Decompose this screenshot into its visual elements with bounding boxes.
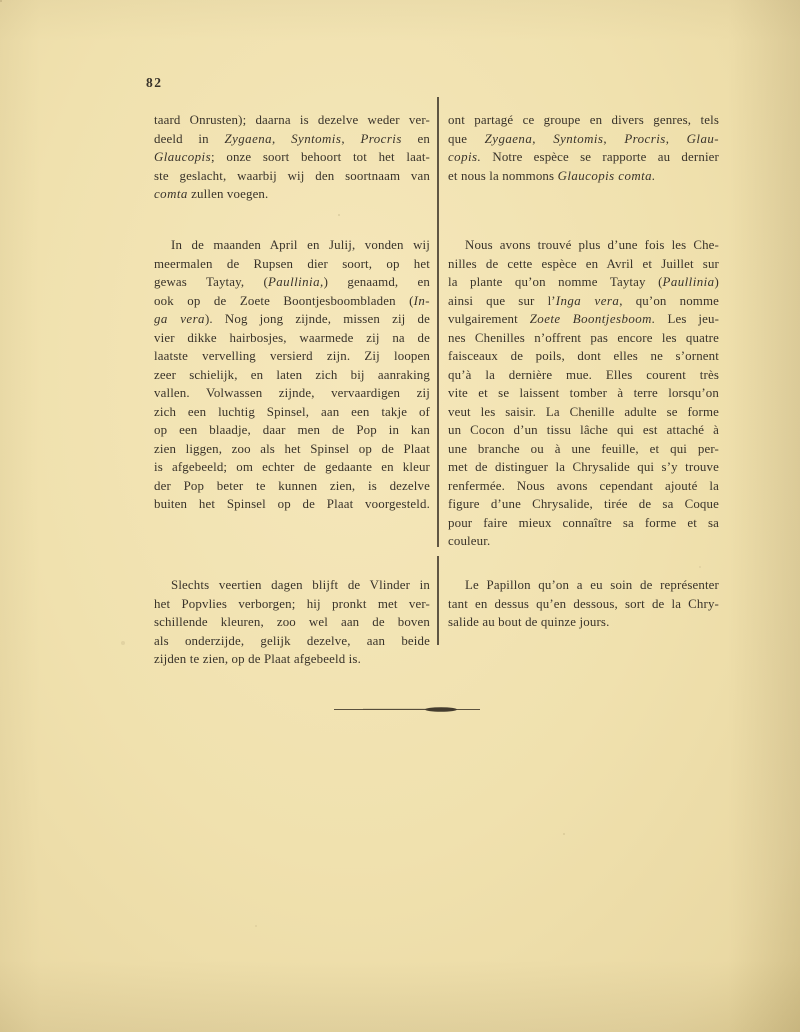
text-line: la plante qu’on nomme Taytay (Paullinia)	[448, 273, 719, 292]
text-line: zich een luchtig Spinsel, aan een takje …	[154, 403, 430, 422]
text-line: Nous avons trouvé plus d’une fois les Ch…	[448, 236, 719, 255]
right-column-french-text: ont partagé ce groupe en divers genres, …	[448, 111, 719, 632]
text-line: ste geslacht, waarbij wij den soortnaam …	[154, 167, 430, 186]
text-line: ga vera). Nog jong zijnde, missen zij de	[154, 310, 430, 329]
text-line: vite et se laissent tomber à terre lorsq…	[448, 384, 719, 403]
text-line: nes Chenilles n’offrent pas encore les q…	[448, 329, 719, 348]
column-divider-rule-bottom	[437, 556, 439, 645]
text-line: vulgairement Zoete Boontjesboom. Les jeu…	[448, 310, 719, 329]
paragraph: Slechts veertien dagen blijft de Vlinder…	[154, 576, 430, 669]
text-line: une branche ou à une feuille, et qui per…	[448, 440, 719, 459]
paragraph: In de maanden April en Julij, vonden wij…	[154, 236, 430, 514]
paper-specks	[0, 0, 2, 2]
text-line: zijden te zien, op de Plaat afgebeeld is…	[154, 650, 430, 669]
text-line: ainsi que sur l’Inga vera, qu’on nomme	[448, 292, 719, 311]
left-column-dutch-text: taard Onrusten); daarna is dezelve weder…	[154, 111, 430, 669]
section-divider-ornament	[333, 701, 481, 710]
text-line: zien liggen, zoo als het Spinsel op de P…	[154, 440, 430, 459]
text-line: pour faire mieux connaître sa forme et s…	[448, 514, 719, 533]
text-line: deeld in Zygaena, Syntomis, Procris en	[154, 130, 430, 149]
text-line: Slechts veertien dagen blijft de Vlinder…	[154, 576, 430, 595]
text-line: figure d’une Chrysalide, tirée de sa Coq…	[448, 495, 719, 514]
tapered-rule-icon	[333, 705, 481, 714]
text-line: met de distinguer la Chrysalide qui s’y …	[448, 458, 719, 477]
text-line: que Zygaena, Syntomis, Procris, Glau-	[448, 130, 719, 149]
text-line: faisceaux de poils, dont elles ne s’orne…	[448, 347, 719, 366]
text-line: qu’à la dernière mue. Elles courent très	[448, 366, 719, 385]
text-line: renfermée. Nous avons cependant ajouté l…	[448, 477, 719, 496]
text-line: Glaucopis; onze soort behoort tot het la…	[154, 148, 430, 167]
text-line: ook op de Zoete Boontjesboombladen (In-	[154, 292, 430, 311]
paragraph: Nous avons trouvé plus d’une fois les Ch…	[448, 236, 719, 551]
paragraph: taard Onrusten); daarna is dezelve weder…	[154, 111, 430, 204]
text-line: laatste vervelling versierd zijn. Zij lo…	[154, 347, 430, 366]
text-line: copis. Notre espèce se rapporte au derni…	[448, 148, 719, 167]
text-line: zeer schielijk, en laten zich bij aanrak…	[154, 366, 430, 385]
text-line: nilles de cette espèce en Avril et Juill…	[448, 255, 719, 274]
text-line: het Popvlies verborgen; hij pronkt met v…	[154, 595, 430, 614]
text-line: der Pop beter te kunnen zien, is dezelve	[154, 477, 430, 496]
text-line: gewas Taytay, (Paullinia,) genaamd, en	[154, 273, 430, 292]
text-line: tant en dessus qu’en dessous, sort de la…	[448, 595, 719, 614]
text-line: buiten het Spinsel op de Plaat voorgeste…	[154, 495, 430, 514]
text-line: ont partagé ce groupe en divers genres, …	[448, 111, 719, 130]
page-number: 82	[146, 75, 163, 91]
text-line: taard Onrusten); daarna is dezelve weder…	[154, 111, 430, 130]
text-line: meermalen de Rupsen dier soort, op het	[154, 255, 430, 274]
text-line: salide au bout de quinze jours.	[448, 613, 719, 632]
text-line: comta zullen voegen.	[154, 185, 430, 204]
text-line: is afgebeeld; om echter de gedaante en k…	[154, 458, 430, 477]
text-line: un Cocon d’un tissu lâche qui est attach…	[448, 421, 719, 440]
text-line: et nous la nommons Glaucopis comta.	[448, 167, 719, 186]
paragraph: Le Papillon qu’on a eu soin de représent…	[448, 576, 719, 632]
text-line: veut les saisir. La Chenille adulte se f…	[448, 403, 719, 422]
text-line: couleur.	[448, 532, 719, 551]
text-line: schillende kleuren, zoo wel aan de boven	[154, 613, 430, 632]
column-divider-rule-top	[437, 97, 439, 547]
text-line: vallen. Volwassen zijnde, vervaardigen z…	[154, 384, 430, 403]
text-line: vier dikke hairbosjes, waarmede zij na d…	[154, 329, 430, 348]
text-line: Le Papillon qu’on a eu soin de représent…	[448, 576, 719, 595]
paragraph: ont partagé ce groupe en divers genres, …	[448, 111, 719, 185]
text-line: als onderzijde, gelijk dezelve, aan beid…	[154, 632, 430, 651]
text-line: op een blaadje, daar men de Pop in kan	[154, 421, 430, 440]
text-line: In de maanden April en Julij, vonden wij	[154, 236, 430, 255]
book-page: 82 taard Onrusten); daarna is dezelve we…	[0, 0, 800, 1032]
